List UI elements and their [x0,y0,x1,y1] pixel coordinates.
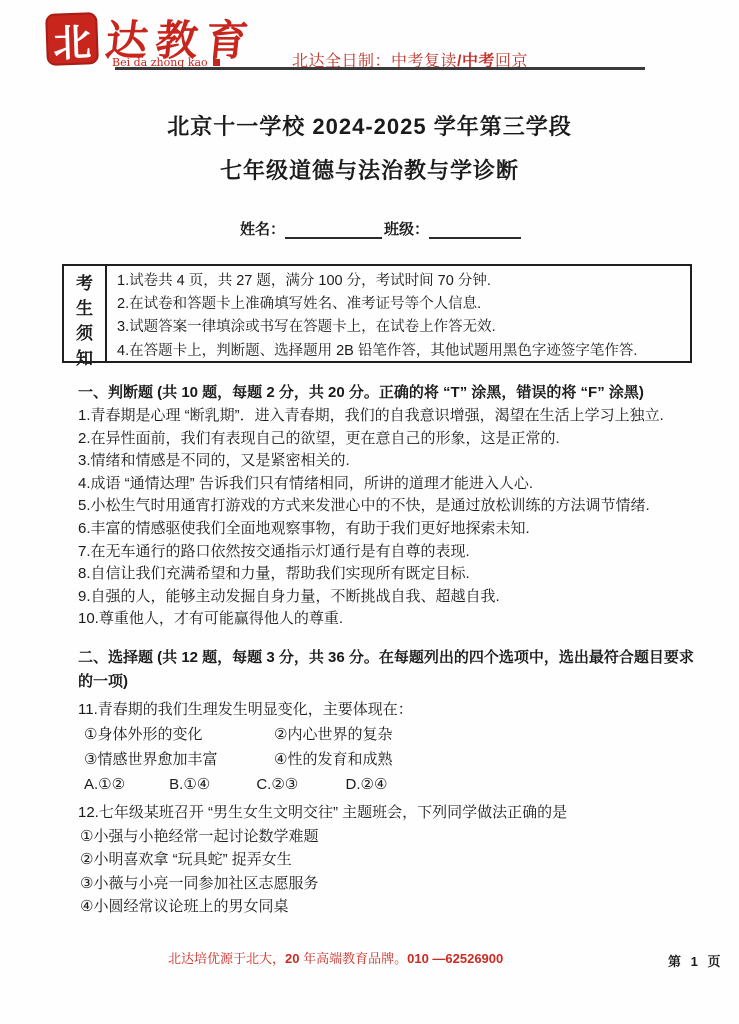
exam-paper-page: 北 达教育 Bei da zhong kao 北达全日制：中考复读/中考回京 北… [0,0,739,1024]
judgment-question-10: 10.尊重他人，才有可能赢得他人的尊重. [78,608,696,631]
notice-item: 1.试卷共 4 页，共 27 题，满分 100 分，考试时间 70 分钟. [117,270,680,293]
class-blank-line [429,223,521,239]
question-body: 一、判断题 (共 10 题，每题 2 分，共 20 分。正确的将 “T” 涂黑，… [78,380,696,919]
question-12-stem: 12.七年级某班召开 “男生女生文明交往” 主题班会，下列同学做法正确的是 [78,801,696,825]
beida-logo-seal-icon: 北 [45,12,99,66]
notice-side-label: 考 生 须 知 [64,266,107,361]
q11-option-1: ①身体外形的变化 [84,722,274,747]
q11-option-4: ④性的发育和成熟 [274,747,696,772]
red-square-icon [213,59,220,66]
footer-slogan: 北达培优源于北大，20 年高端教育品牌。010 —62526900 [168,948,503,967]
section2-heading: 二、选择题 (共 12 题，每题 3 分，共 36 分。在每题列出的四个选项中，… [78,646,696,694]
name-blank-line [285,223,382,239]
judgment-question-4: 4.成语 “通情达理” 告诉我们只有情绪相同，所讲的道理才能进入人心. [78,473,696,496]
section2: 二、选择题 (共 12 题，每题 3 分，共 36 分。在每题列出的四个选项中，… [78,646,696,919]
question-11-stem: 11.青春期的我们生理发生明显变化，主要体现在： [78,698,696,722]
notice-side-char: 考 [76,269,93,294]
notice-side-char: 须 [76,319,93,344]
notice-item: 4.在答题卡上，判断题、选择题用 2B 铅笔作答，其他试题用黑色字迹签字笔作答. [117,340,680,363]
judgment-question-6: 6.丰富的情感驱使我们全面地观察事物，有助于我们更好地探索未知. [78,518,696,541]
answer-choice-c: C.②③ [256,772,341,797]
q12-option-2: ②小明喜欢拿 “玩具蛇” 捉弄女生 [80,848,696,871]
page-number: 第 1 页 [668,951,723,970]
q11-option-2: ②内心世界的复杂 [274,722,696,747]
judgment-question-8: 8.自信让我们充满希望和力量，帮助我们实现所有既定目标. [78,563,696,586]
judgment-question-3: 3.情绪和情感是不同的，又是紧密相关的. [78,450,696,473]
q12-option-4: ④小圆经常议论班上的男女同桌 [80,895,696,918]
answer-choice-b: B.①④ [169,772,252,797]
student-info-row: 姓名： 班级： [240,218,521,239]
exam-title: 北京十一学校 2024-2025 学年第三学段 [0,110,739,141]
judgment-question-2: 2.在异性面前，我们有表现自己的欲望，更在意自己的形象，这是正常的. [78,428,696,451]
answer-choice-d: D.②④ [346,772,388,797]
q12-option-3: ③小薇与小亮一同参加社区志愿服务 [80,872,696,895]
q12-option-1: ①小强与小艳经常一起讨论数学难题 [80,825,696,848]
exam-subtitle: 七年级道德与法治教与学诊断 [0,154,739,185]
question-11-options: ①身体外形的变化 ②内心世界的复杂 ③情感世界愈加丰富 ④性的发育和成熟 [84,722,696,772]
question-11-answers: A.①② B.①④ C.②③ D.②④ [84,772,696,797]
section1-heading: 一、判断题 (共 10 题，每题 2 分，共 20 分。正确的将 “T” 涂黑，… [78,380,696,405]
footer-part2-bold: 20 [285,951,299,966]
seal-character: 北 [52,11,92,67]
footer-phone: 010 —62526900 [407,951,503,966]
class-label: 班级： [384,218,429,239]
judgment-question-9: 9.自强的人，能够主动发掘自身力量，不断挑战自我、超越自我. [78,586,696,609]
notice-side-char: 知 [76,344,93,369]
answer-choice-a: A.①② [84,772,165,797]
judgment-question-7: 7.在无车通行的路口依然按交通指示灯通行是有自尊的表现. [78,541,696,564]
notice-item: 3.试题答案一律填涂或书写在答题卡上，在试卷上作答无效. [117,316,680,339]
judgment-question-1: 1.青春期是心理 “断乳期”．进入青春期，我们的自我意识增强，渴望在生活上学习上… [78,405,696,428]
notice-side-char: 生 [76,294,93,319]
header-divider-line [115,67,645,70]
examinee-notice-box: 考 生 须 知 1.试卷共 4 页，共 27 题，满分 100 分，考试时间 7… [62,264,692,363]
judgment-question-5: 5.小松生气时用通宵打游戏的方式来发泄心中的不快，是通过放松训练的方法调节情绪. [78,495,696,518]
footer-part3: 年高端教育品牌。 [299,951,407,966]
notice-items: 1.试卷共 4 页，共 27 题，满分 100 分，考试时间 70 分钟. 2.… [107,266,690,361]
footer-part1: 北达培优源于北大， [168,951,285,966]
q11-option-3: ③情感世界愈加丰富 [84,747,274,772]
name-label: 姓名： [240,218,285,239]
notice-item: 2.在试卷和答题卡上准确填写姓名、准考证号等个人信息. [117,293,680,316]
